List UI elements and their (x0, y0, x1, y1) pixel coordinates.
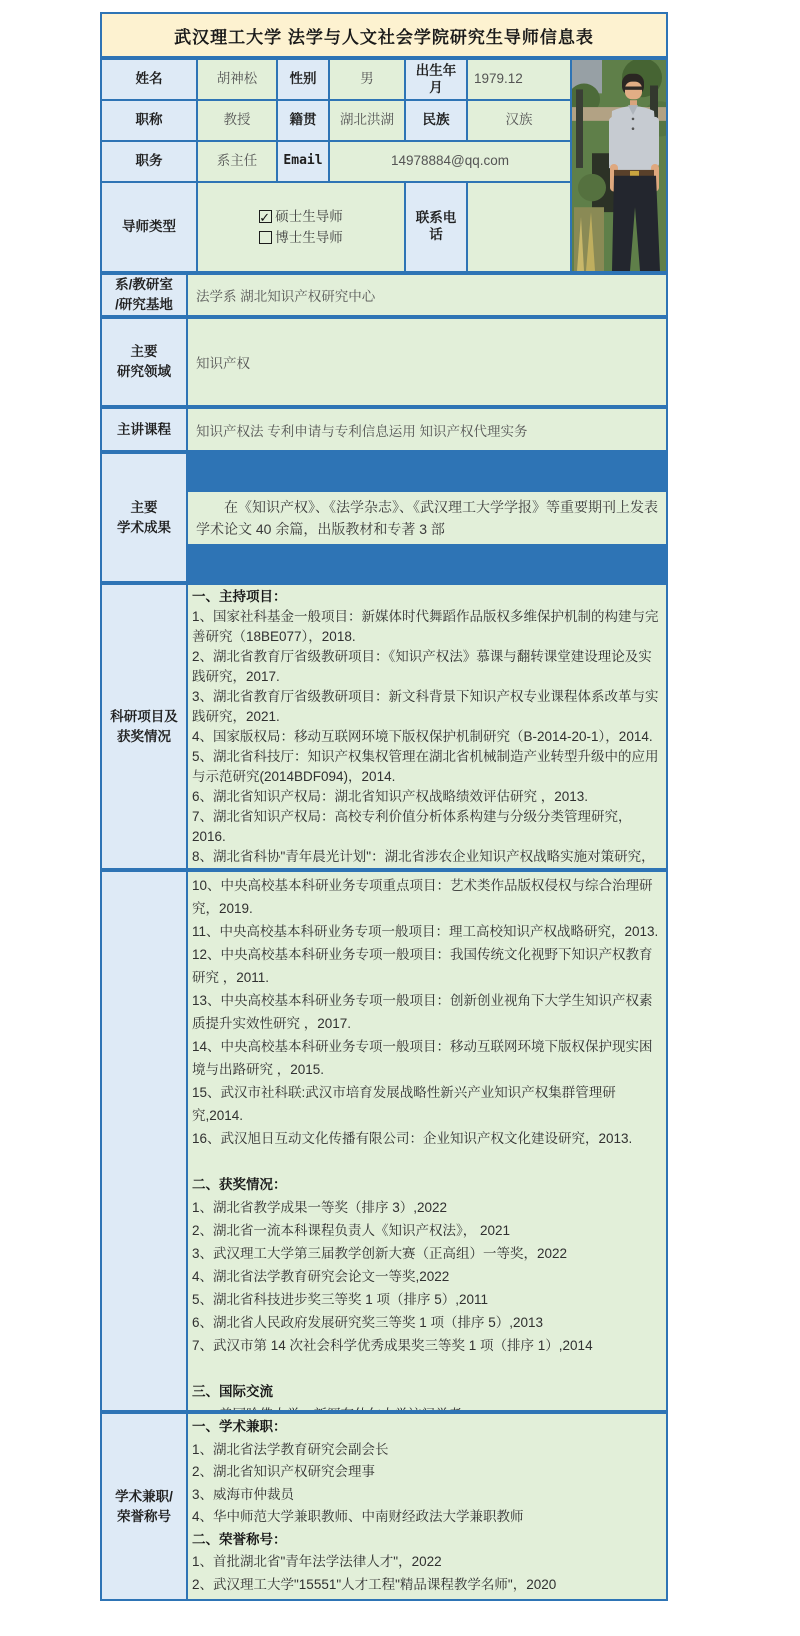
supervisor-photo (572, 60, 666, 271)
text-line (192, 1357, 664, 1380)
text-line: 6、湖北省知识产权局：湖北省知识产权战略绩效评估研究 ，2013. (192, 787, 664, 807)
ethnicity-label: 民族 (406, 101, 466, 140)
basic-info-grid: 姓名 胡神松 性别 男 出生年月 1979.12 (100, 58, 668, 273)
achievements-label: 主要学术成果 (102, 454, 186, 581)
name-label: 姓名 (102, 60, 196, 99)
text-line: 荣誉称号 (117, 1507, 171, 1527)
gender-label: 性别 (278, 60, 328, 99)
text-line: 3、湖北省教育厅省级教研项目：新文科背景下知识产权专业课程体系改革与实践研究，2… (192, 687, 664, 727)
text-line: 14、中央高校基本科研业务专项一般项目：移动互联网环境下版权保护现实困境与出路研… (192, 1035, 664, 1081)
text-line: 2、湖北省知识产权研究会理事 (192, 1461, 664, 1484)
name-value: 胡神松 (198, 60, 276, 99)
text-line: 主要 (131, 342, 158, 362)
text-line: 学术兼职/ (115, 1487, 173, 1507)
text-line: 月 (416, 80, 457, 97)
text-line: 2、武汉理工大学"15551"人才工程"精品课程教学名师"，2020 (192, 1574, 664, 1597)
achievements-row: 主要学术成果 在《知识产权》、《法学杂志》、《武汉理工大学学报》等重要期刊上发表… (100, 452, 668, 583)
text-line: 11、中央高校基本科研业务专项一般项目：理工高校知识产权战略研究，2013. (192, 920, 664, 943)
text-line: 3、威海市仲裁员 (192, 1484, 664, 1507)
text-line: 8、湖北省科协"青年晨光计划"：湖北省涉农企业知识产权战略实施对策研究，2011… (192, 847, 664, 868)
phone-label: 联系电话 (406, 183, 466, 271)
text-line: 一、主持项目： (192, 587, 664, 607)
birth-label: 出生年月 (406, 60, 466, 99)
text-line: 主要 (131, 498, 158, 518)
achievements-text: 在《知识产权》、《法学杂志》、《武汉理工大学学报》等重要期刊上发表学术论文 40… (196, 496, 658, 540)
text-line: 16、武汉旭日互动文化传播有限公司：企业知识产权文化建设研究，2013. (192, 1127, 664, 1150)
master-supervisor-label: 硕士生导师 (275, 206, 343, 227)
text-line: 科研项目及 (110, 707, 178, 727)
phone-value (468, 183, 570, 271)
doctor-supervisor-label: 博士生导师 (275, 227, 343, 248)
checkbox-unchecked-icon (259, 231, 272, 244)
ethnicity-value: 汉族 (468, 101, 570, 140)
text-line: 15、武汉市社科联:武汉市培育发展战略性新兴产业知识产权集群管理研究,2014. (192, 1081, 664, 1127)
text-line (192, 1150, 664, 1173)
text-line: 4、湖北省法学教育研究会论文一等奖,2022 (192, 1265, 664, 1288)
text-line: 2、湖北省教育厅省级教研项目：《知识产权法》慕课与翻转课堂建设理论及实践研究，2… (192, 647, 664, 687)
text-line: 二、荣誉称号： (192, 1529, 664, 1552)
projects-awards-continued-row: 10、中央高校基本科研业务专项重点项目：艺术类作品版权侵权与综合治理研究，201… (100, 870, 668, 1412)
courses-row: 主讲课程 知识产权法 专利申请与专利信息运用 知识产权代理实务 (100, 407, 668, 452)
supervisor-type-options: 硕士生导师 博士生导师 (198, 183, 404, 271)
text-line: 10、中央高校基本科研业务专项重点项目：艺术类作品版权侵权与综合治理研究，201… (192, 874, 664, 920)
text-line: 美国哈佛大学、新罕布什尔大学访问学者 (192, 1403, 664, 1410)
text-line: 一、学术兼职： (192, 1416, 664, 1439)
supervisor-type-label: 导师类型 (102, 183, 196, 271)
projects-awards-continued-list: 10、中央高校基本科研业务专项重点项目：艺术类作品版权侵权与综合治理研究，201… (188, 872, 666, 1410)
text-line: 1、湖北省教学成果一等奖（排序 3）,2022 (192, 1196, 664, 1219)
titles-honors-label: 学术兼职/荣誉称号 (102, 1414, 186, 1599)
position-label: 职务 (102, 142, 196, 181)
text-line: 出生年 (416, 63, 457, 80)
research-field-value: 知识产权 (188, 319, 666, 405)
text-line: 5、湖北省科技进步奖三等奖 1 项（排序 5）,2011 (192, 1288, 664, 1311)
achievements-value: 在《知识产权》、《法学杂志》、《武汉理工大学学报》等重要期刊上发表学术论文 40… (188, 492, 666, 544)
text-line: 三、国际交流 (192, 1380, 664, 1403)
projects-awards-continued-label (102, 872, 186, 1410)
photo-illustration (572, 60, 666, 271)
projects-awards-row: 科研项目及获奖情况 一、主持项目：1、国家社科基金一般项目：新媒体时代舞蹈作品版… (100, 583, 668, 870)
prof-title-label: 职称 (102, 101, 196, 140)
native-place-value: 湖北洪湖 (330, 101, 404, 140)
text-line: 二、获奖情况： (192, 1173, 664, 1196)
projects-awards-label: 科研项目及获奖情况 (102, 585, 186, 868)
research-field-label: 主要研究领域 (102, 319, 186, 405)
projects-awards-list: 一、主持项目：1、国家社科基金一般项目：新媒体时代舞蹈作品版权多维保护机制的构建… (188, 585, 666, 868)
text-line: 主讲课程 (117, 420, 171, 440)
text-line: 5、湖北省科技厅：知识产权集权管理在湖北省机械制造产业转型升级中的应用与示范研究… (192, 747, 664, 787)
text-line: 话 (416, 227, 457, 244)
text-line: 1、首批湖北省"青年法学法律人才"，2022 (192, 1551, 664, 1574)
text-line: 研究领域 (117, 362, 171, 382)
text-line: 1、国家社科基金一般项目：新媒体时代舞蹈作品版权多维保护机制的构建与完善研究（1… (192, 607, 664, 647)
titles-honors-list: 一、学术兼职：1、湖北省法学教育研究会副会长2、湖北省知识产权研究会理事3、威海… (188, 1414, 666, 1599)
position-value: 系主任 (198, 142, 276, 181)
supervisor-info-sheet: 武汉理工大学 法学与人文社会学院研究生导师信息表 姓名 胡神松 性别 男 出生年… (100, 12, 668, 1601)
text-line: 7、武汉市第 14 次社会科学优秀成果奖三等奖 1 项（排序 1）,2014 (192, 1334, 664, 1357)
text-line: 4、国家版权局：移动互联网环境下版权保护机制研究（B-2014-20-1），20… (192, 727, 664, 747)
department-label: 系/教研室/研究基地 (102, 275, 186, 315)
native-place-label: 籍贯 (278, 101, 328, 140)
page-title: 武汉理工大学 法学与人文社会学院研究生导师信息表 (102, 14, 666, 56)
checkbox-checked-icon (259, 210, 272, 223)
text-line: 6、湖北省人民政府发展研究奖三等奖 1 项（排序 5）,2013 (192, 1311, 664, 1334)
doctor-supervisor-checkbox[interactable]: 博士生导师 (259, 227, 343, 248)
text-line: 联系电 (416, 210, 457, 227)
email-label: Email (278, 142, 328, 181)
text-line: 3、武汉理工大学第三届教学创新大赛（正高组）一等奖，2022 (192, 1242, 664, 1265)
email-value: 14978884@qq.com (330, 142, 570, 181)
text-line: 2、湖北省一流本科课程负责人《知识产权法》， 2021 (192, 1219, 664, 1242)
text-line: 13、中央高校基本科研业务专项一般项目：创新创业视角下大学生知识产权素质提升实效… (192, 989, 664, 1035)
birth-value: 1979.12 (468, 60, 570, 99)
text-line: 系/教研室 (115, 275, 173, 295)
text-line: 4、华中师范大学兼职教师、中南财经政法大学兼职教师 (192, 1506, 664, 1529)
courses-label: 主讲课程 (102, 409, 186, 450)
gender-value: 男 (330, 60, 404, 99)
text-line: 12、中央高校基本科研业务专项一般项目：我国传统文化视野下知识产权教育研究 ，2… (192, 943, 664, 989)
text-line: 1、湖北省法学教育研究会副会长 (192, 1439, 664, 1462)
prof-title-value: 教授 (198, 101, 276, 140)
research-field-row: 主要研究领域 知识产权 (100, 317, 668, 407)
text-line: 获奖情况 (117, 727, 171, 747)
titles-honors-row: 学术兼职/荣誉称号 一、学术兼职：1、湖北省法学教育研究会副会长2、湖北省知识产… (100, 1412, 668, 1601)
text-line: /研究基地 (115, 295, 173, 315)
text-line: 学术成果 (117, 518, 171, 538)
master-supervisor-checkbox[interactable]: 硕士生导师 (259, 206, 343, 227)
department-value: 法学系 湖北知识产权研究中心 (188, 275, 666, 315)
courses-value: 知识产权法 专利申请与专利信息运用 知识产权代理实务 (188, 409, 666, 450)
sheet-header: 武汉理工大学 法学与人文社会学院研究生导师信息表 (100, 12, 668, 58)
department-row: 系/教研室/研究基地 法学系 湖北知识产权研究中心 (100, 273, 668, 317)
text-line: 7、湖北省知识产权局：高校专利价值分析体系构建与分级分类管理研究，2016. (192, 807, 664, 847)
